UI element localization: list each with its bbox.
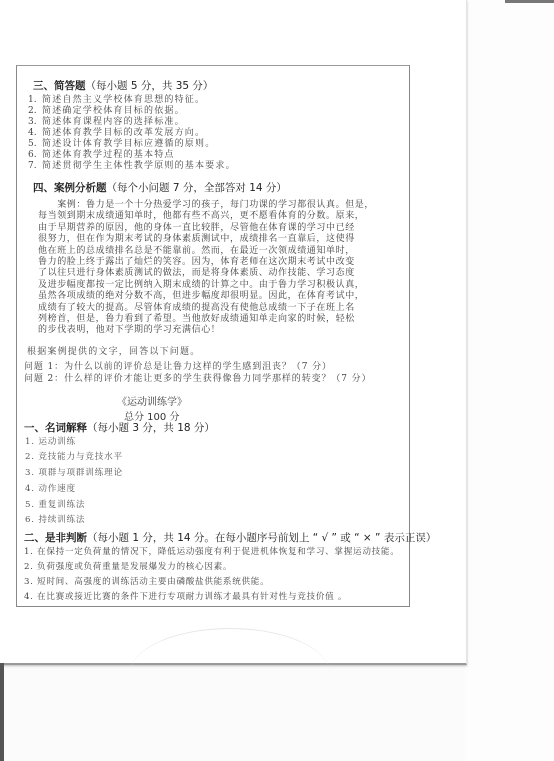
case-line: 列榜首，但是，鲁力看到了希望。当他放好成绩通知单走向家的时候，轻松 bbox=[38, 314, 393, 325]
case-line: 案例：鲁力是一个十分热爱学习的孩子，每门功课的学习都很认真。但是， bbox=[38, 200, 393, 211]
scan-background-right bbox=[465, 0, 554, 761]
case-line: 成绩有了较大的提高。尽管体育成绩的提高没有使他总成绩一下子在班上名 bbox=[38, 303, 393, 314]
section4-heading: 四、案例分析题（每个小问题 7 分，全部答对 14 分） bbox=[33, 180, 287, 195]
true-false-item-3: 3. 短时间、高强度的训练活动主要由磷酸盐供能系统供能。 bbox=[24, 575, 269, 587]
true-false-item-2: 2. 负荷强度或负荷重量是发展爆发力的核心因素。 bbox=[24, 560, 232, 572]
case-line: 鲁力的脸上终于露出了灿烂的笑容。因为，体育老师在这次期末考试中改变 bbox=[38, 257, 393, 268]
part2-section2-heading-note: （每小题 1 分，共 14 分。在每小题序号前划上 “ √ ” 或 “ × ” … bbox=[87, 532, 436, 544]
section3-heading-title: 三、简答题 bbox=[33, 80, 86, 92]
term-item-1: 1. 运动训练 bbox=[25, 435, 76, 447]
part2-section2-heading: 二、是非判断（每小题 1 分，共 14 分。在每小题序号前划上 “ √ ” 或 … bbox=[24, 530, 436, 545]
true-false-item-4: 4. 在比赛或接近比赛的条件下进行专项耐力训练才最具有针对性与竞技价值 。 bbox=[24, 590, 347, 602]
exam-paper-sheet: 三、简答题（每小题 5 分，共 35 分） 1.简述自然主义学校体育思想的特征。… bbox=[0, 0, 467, 665]
term-item-5: 5. 重复训练法 bbox=[25, 498, 85, 510]
section3-item-7: 7.简述贯彻学生主体性教学原则的基本要求。 bbox=[28, 158, 236, 171]
scan-edge-shadow bbox=[505, 0, 554, 3]
case-line: 每当领到期末成绩通知单时，他都有些不高兴，更不愿看体育的分数。原来， bbox=[38, 211, 393, 222]
part2-section1-heading-title: 一、名词解释 bbox=[24, 422, 87, 434]
course-title: 《运动训练学》 bbox=[117, 393, 187, 408]
paper-fold-mark bbox=[130, 628, 330, 719]
part2-section2-heading-title: 二、是非判断 bbox=[24, 532, 87, 544]
part2-section1-heading-note: （每小题 3 分，共 18 分） bbox=[87, 422, 215, 434]
case-instruction: 根据案例提供的文字，回答以下问题。 bbox=[27, 344, 200, 357]
section3-heading-note: （每小题 5 分，共 35 分） bbox=[86, 80, 214, 92]
term-item-3: 3. 项群与项群训练理论 bbox=[25, 466, 123, 478]
section4-heading-note: （每个小问题 7 分，全部答对 14 分） bbox=[107, 182, 287, 194]
true-false-item-1: 1. 在保持一定负荷量的情况下，降低运动强度有利于促进机体恢复和学习、掌握运动技… bbox=[24, 545, 400, 557]
case-question-2: 问题 2：什么样的评价才能让更多的学生获得像鲁力同学那样的转变？（7 分） bbox=[24, 371, 371, 384]
case-study-paragraph: 案例：鲁力是一个十分热爱学习的孩子，每门功课的学习都很认真。但是， 每当领到期末… bbox=[38, 200, 393, 337]
section3-heading: 三、简答题（每小题 5 分，共 35 分） bbox=[33, 78, 213, 93]
case-line: 及进步幅度都按一定比例纳入期末成绩的计算之中。由于鲁力学习积极认真， bbox=[38, 280, 393, 291]
case-line: 很努力，但在作为期末考试的身体素质测试中，成绩排名一直靠后，这使得 bbox=[38, 234, 393, 245]
section4-heading-title: 四、案例分析题 bbox=[33, 182, 107, 194]
term-item-2: 2. 竞技能力与竞技水平 bbox=[25, 450, 123, 462]
case-line: 虽然各项成绩的绝对分数不高，但进步幅度却很明显。因此，在体育考试中， bbox=[38, 291, 393, 302]
case-line: 了以往只进行身体素质测试的做法，而是将身体素质、动作技能、学习态度 bbox=[38, 268, 393, 279]
case-line: 他在班上的总成绩排名总是不能靠前。然而，在最近一次领成绩通知单时， bbox=[38, 246, 393, 257]
scan-edge-strip bbox=[0, 663, 4, 761]
case-line: 的步伐表明，他对下学期的学习充满信心！ bbox=[38, 325, 393, 336]
case-line: 由于早期营养的原因，他的身体一直比较胖，尽管他在体育课的学习中已经 bbox=[38, 223, 393, 234]
part2-section1-heading: 一、名词解释（每小题 3 分，共 18 分） bbox=[24, 420, 215, 435]
term-item-4: 4. 动作速度 bbox=[25, 482, 76, 494]
term-item-6: 6. 持续训练法 bbox=[25, 513, 85, 525]
